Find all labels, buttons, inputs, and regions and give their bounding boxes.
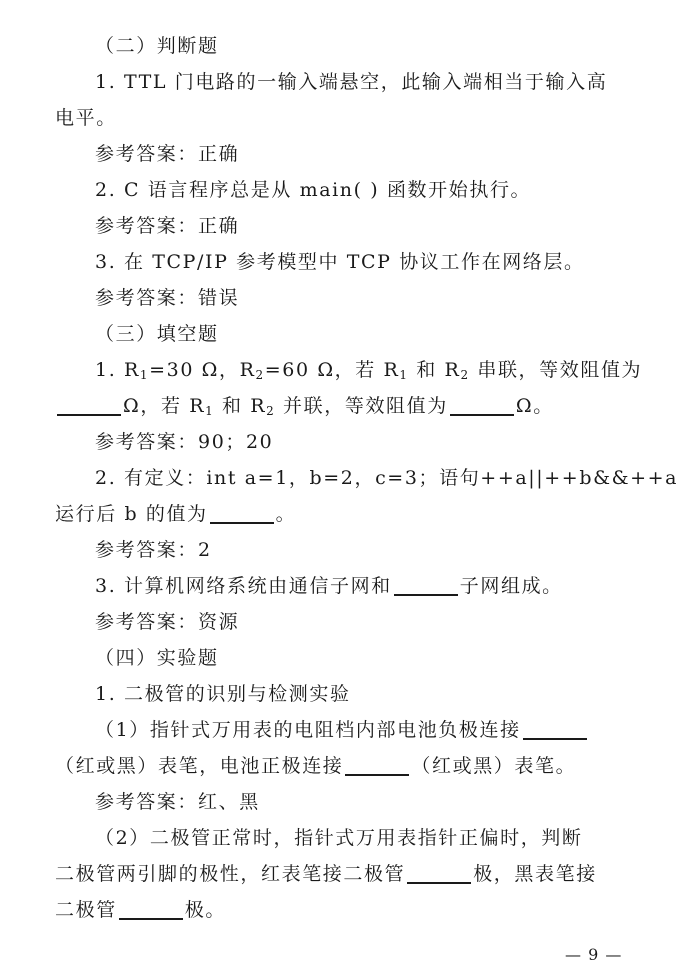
- text-fragment: 1. R: [95, 359, 140, 381]
- sub-question-text-continued: 二极管极。: [55, 892, 610, 928]
- sub-question-text-continued: 二极管两引脚的极性，红表笔接二极管极，黑表笔接: [55, 856, 610, 892]
- answer-text: 参考答案：正确: [55, 208, 610, 244]
- text-fragment: 子网组成。: [460, 575, 563, 597]
- subscript: 1: [399, 368, 408, 382]
- text-fragment: 和 R: [409, 359, 461, 381]
- subscript: 1: [205, 404, 214, 418]
- question-text-continued: 电平。: [55, 100, 610, 136]
- question-text: 1. R1=30 Ω，R2=60 Ω，若 R1 和 R2 串联，等效阻值为: [55, 352, 610, 388]
- fill-blank: [345, 752, 409, 776]
- text-fragment: 。: [276, 503, 297, 525]
- text-fragment: 串联，等效阻值为: [470, 359, 642, 381]
- text-fragment: 运行后 b 的值为: [55, 503, 208, 525]
- text-fragment: （1）指针式万用表的电阻档内部电池负极连接: [95, 719, 521, 741]
- question-text: 3. 在 TCP/IP 参考模型中 TCP 协议工作在网络层。: [55, 244, 610, 280]
- document-page: （二）判断题 1. TTL 门电路的一输入端悬空，此输入端相当于输入高 电平。 …: [55, 28, 610, 928]
- subscript: 1: [140, 368, 149, 382]
- fill-blank: [450, 392, 514, 416]
- answer-text: 参考答案：红、黑: [55, 784, 610, 820]
- text-fragment: Ω，若 R: [123, 395, 205, 417]
- text-fragment: Ω。: [516, 395, 554, 417]
- fill-blank: [119, 896, 183, 920]
- question-text-continued: 运行后 b 的值为。: [55, 496, 610, 532]
- text-fragment: 二极管两引脚的极性，红表笔接二极管: [55, 863, 405, 885]
- sub-question-text: （2）二极管正常时，指针式万用表指针正偏时，判断: [55, 820, 610, 856]
- answer-text: 参考答案：正确: [55, 136, 610, 172]
- text-fragment: 3. 计算机网络系统由通信子网和: [95, 575, 392, 597]
- question-text: 2. C 语言程序总是从 main( ) 函数开始执行。: [55, 172, 610, 208]
- fill-blank: [57, 392, 121, 416]
- text-fragment: 和 R: [214, 395, 266, 417]
- text-fragment: 极，黑表笔接: [473, 863, 597, 885]
- section-heading-experiment: （四）实验题: [55, 640, 610, 676]
- question-text: 2. 有定义：int a=1，b=2，c=3；语句++a||++b&&++a: [55, 460, 610, 496]
- text-fragment: （红或黑）表笔。: [411, 755, 576, 777]
- text-fragment: 极。: [185, 899, 226, 921]
- page-number: — 9 —: [565, 945, 622, 964]
- question-text-continued: Ω，若 R1 和 R2 并联，等效阻值为Ω。: [55, 388, 610, 424]
- answer-text: 参考答案：2: [55, 532, 610, 568]
- text-fragment: （红或黑）表笔，电池正极连接: [55, 755, 343, 777]
- text-fragment: =30 Ω，R: [149, 359, 255, 381]
- subscript: 2: [460, 368, 469, 382]
- sub-question-text-continued: （红或黑）表笔，电池正极连接（红或黑）表笔。: [55, 748, 610, 784]
- fill-blank: [394, 572, 458, 596]
- answer-text: 参考答案：错误: [55, 280, 610, 316]
- question-text: 1. TTL 门电路的一输入端悬空，此输入端相当于输入高: [55, 64, 610, 100]
- text-fragment: 二极管: [55, 899, 117, 921]
- fill-blank: [210, 500, 274, 524]
- sub-question-text: （1）指针式万用表的电阻档内部电池负极连接: [55, 712, 610, 748]
- section-heading-fill-in: （三）填空题: [55, 316, 610, 352]
- answer-text: 参考答案：资源: [55, 604, 610, 640]
- question-title: 1. 二极管的识别与检测实验: [55, 676, 610, 712]
- fill-blank: [407, 860, 471, 884]
- answer-text: 参考答案：90；20: [55, 424, 610, 460]
- question-text: 3. 计算机网络系统由通信子网和子网组成。: [55, 568, 610, 604]
- fill-blank: [523, 716, 587, 740]
- text-fragment: 并联，等效阻值为: [275, 395, 447, 417]
- subscript: 2: [256, 368, 265, 382]
- text-fragment: =60 Ω，若 R: [265, 359, 400, 381]
- section-heading-judgement: （二）判断题: [55, 28, 610, 64]
